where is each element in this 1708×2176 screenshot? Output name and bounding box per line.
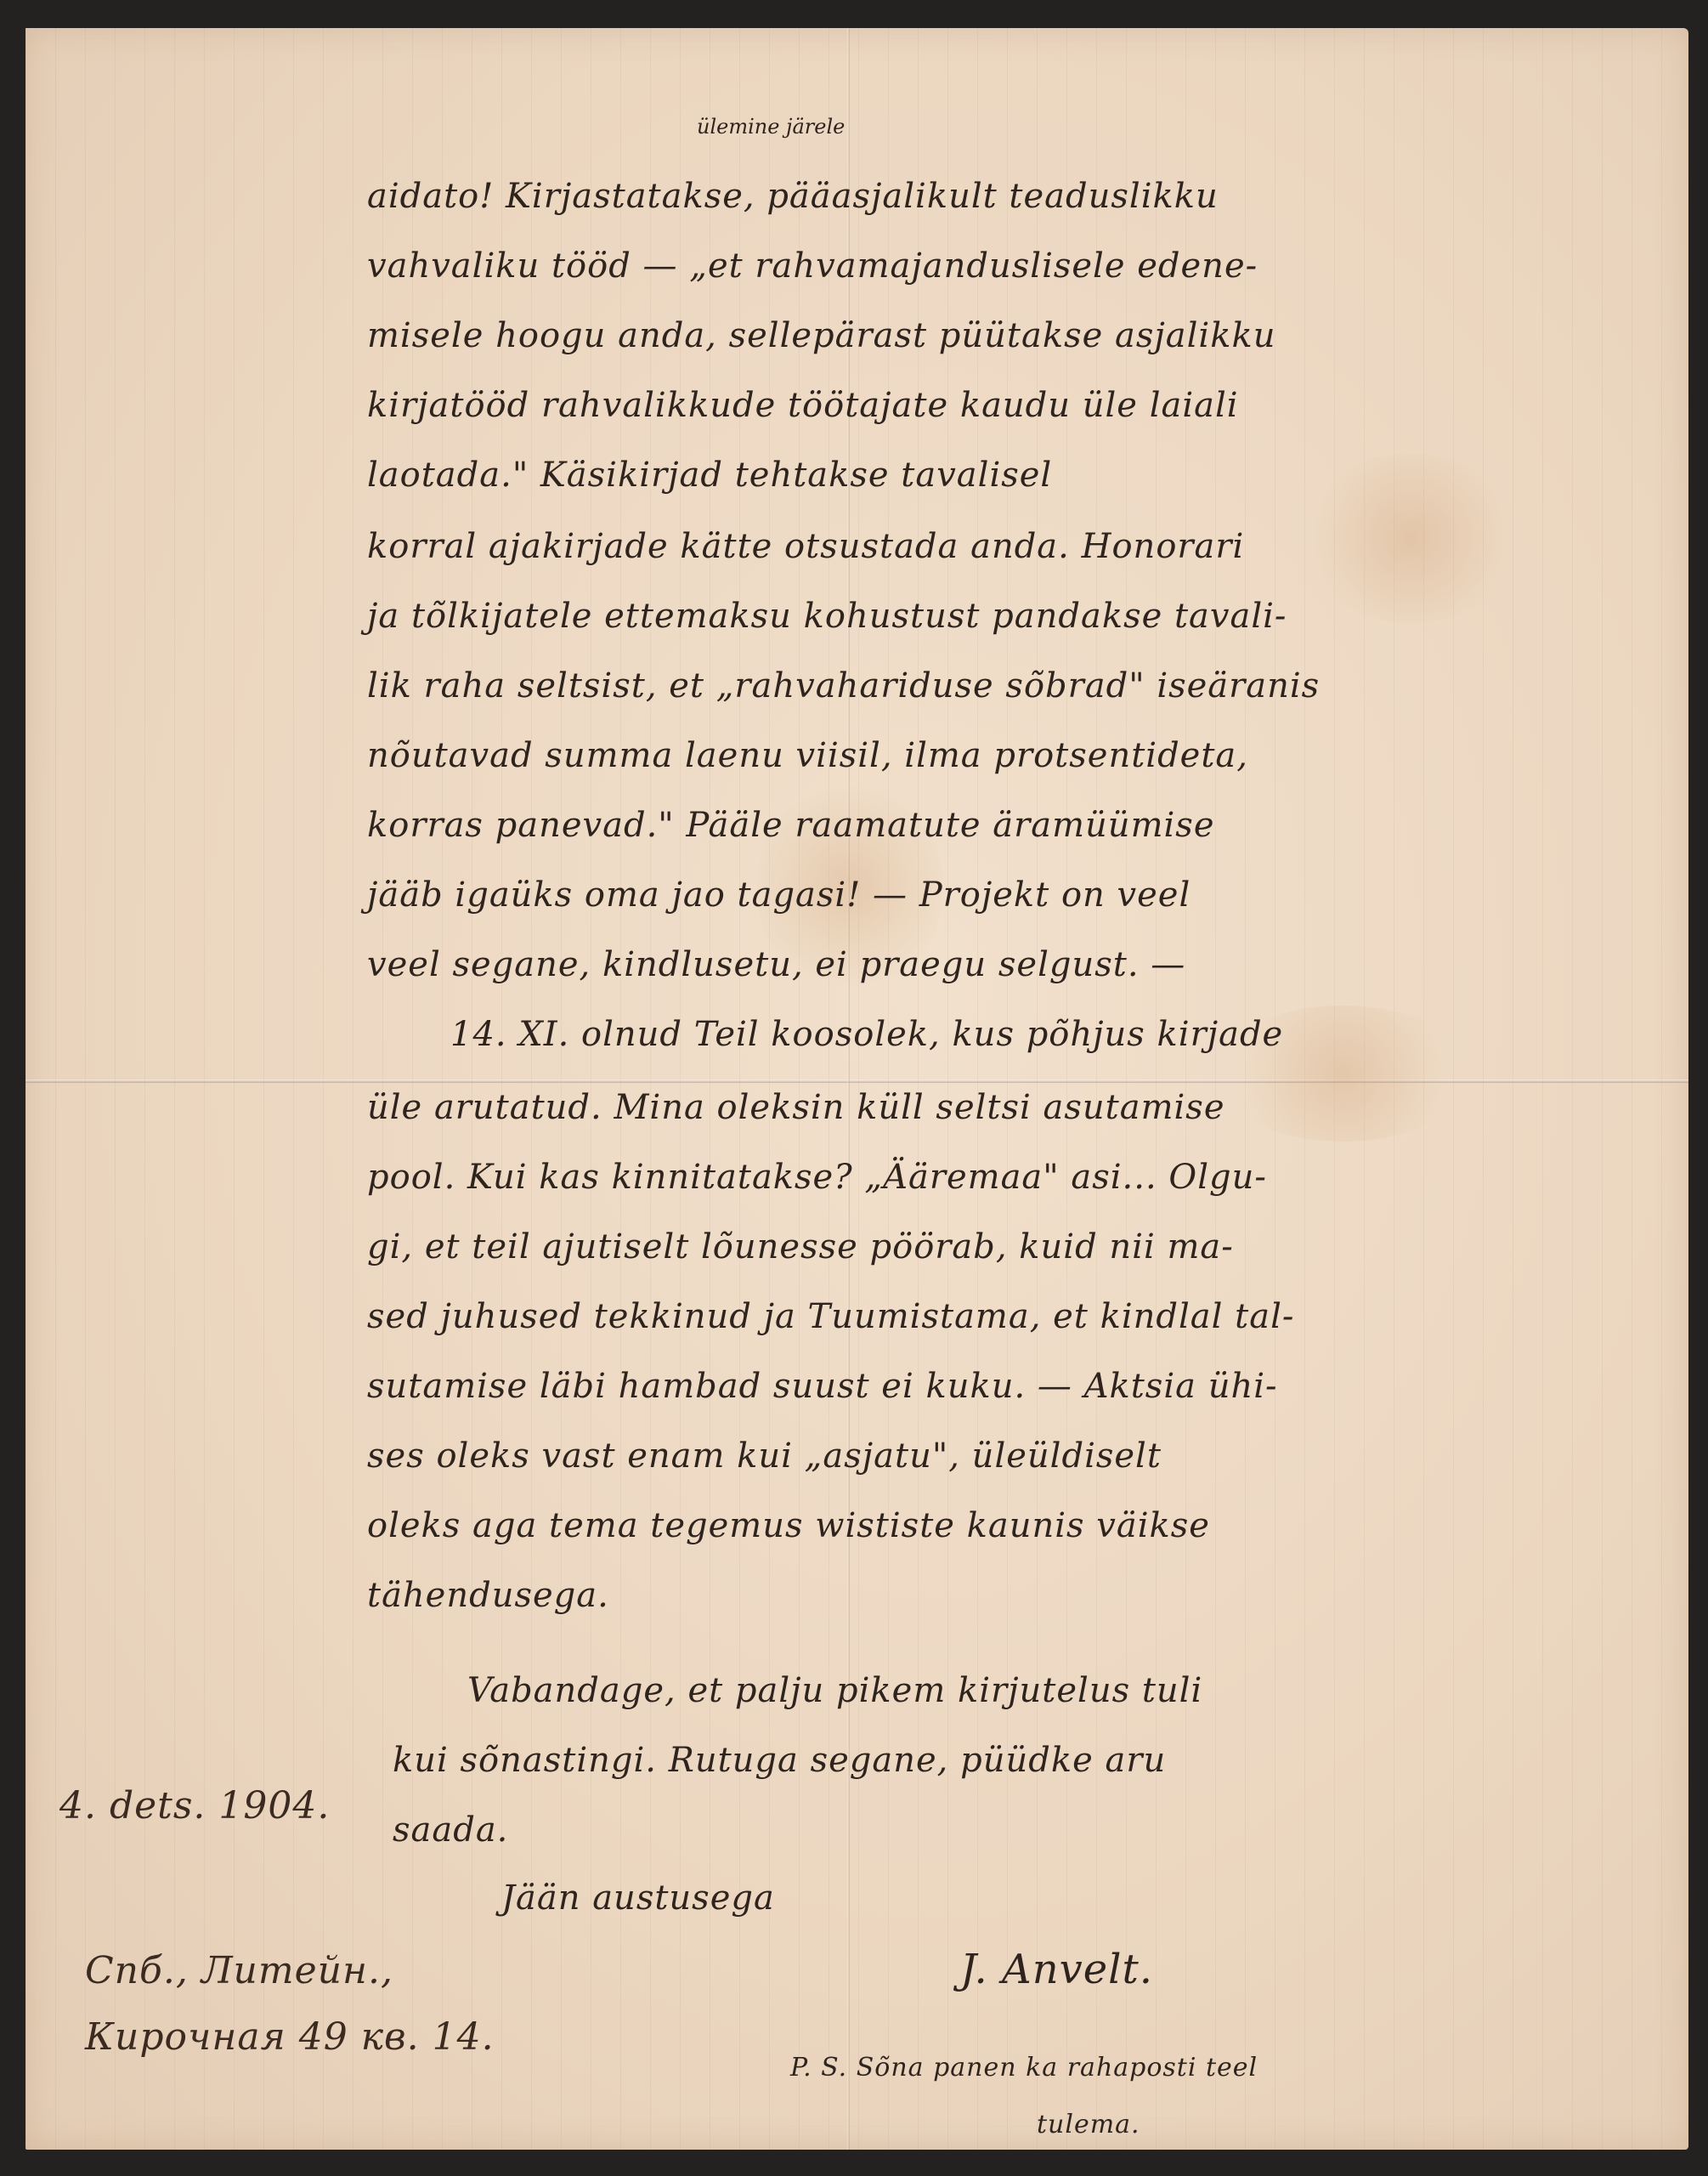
paper-stain <box>1300 453 1521 623</box>
address-line-2: Кирочная 49 кв. 14. <box>85 2019 495 2056</box>
letter-paper: ülemine järele aidato! Kirjastatakse, pä… <box>25 28 1688 2150</box>
body-line-3: misele hoogu anda, sellepärast püütakse … <box>367 319 1275 353</box>
body-line-8: lik raha seltsist, et „rahvahariduse sõb… <box>367 669 1320 703</box>
postscript-line-1: P. S. Sõna panen ka rahaposti teel <box>790 2055 1258 2081</box>
body-line-2: vahvaliku tööd — „et rahvamajanduslisele… <box>367 249 1258 283</box>
body-line-4: kirjatööd rahvalikkude töötajate kaudu ü… <box>367 388 1239 422</box>
body-line-14: üle arutatud. Mina oleksin küll seltsi a… <box>367 1091 1225 1125</box>
body-line-13: 14. XI. olnud Teil koosolek, kus põhjus … <box>450 1017 1283 1051</box>
body-line-21: tähendusega. <box>367 1578 609 1612</box>
body-line-15: pool. Kui kas kinnitatakse? „Ääremaa" as… <box>367 1160 1267 1194</box>
body-line-17: sed juhused tekkinud ja Tuumistama, et k… <box>367 1300 1294 1334</box>
body-line-9: nõutavad summa laenu viisil, ilma protse… <box>367 739 1248 773</box>
body-line-12: veel segane, kindlusetu, ei praegu selgu… <box>367 948 1185 982</box>
body-line-23: kui sõnastingi. Rutuga segane, püüdke ar… <box>393 1743 1166 1777</box>
interlinear-insertion: ülemine järele <box>697 115 845 139</box>
body-line-16: gi, et teil ajutiselt lõunesse pöörab, k… <box>367 1230 1234 1264</box>
closing-phrase: Jään austusega <box>501 1881 775 1915</box>
body-line-1: aidato! Kirjastatakse, pääasjalikult tea… <box>367 179 1219 213</box>
letter-date: 4. dets. 1904. <box>59 1788 330 1825</box>
body-line-7: ja tõlkijatele ettemaksu kohustust panda… <box>367 599 1287 633</box>
body-line-10: korras panevad." Pääle raamatute äramüüm… <box>367 808 1215 842</box>
body-line-20: oleks aga tema tegemus wististe kaunis v… <box>367 1509 1210 1543</box>
body-line-19: ses oleks vast enam kui „asjatu", üleüld… <box>367 1439 1162 1473</box>
body-line-22: Vabandage, et palju pikem kirjutelus tul… <box>467 1674 1202 1708</box>
body-line-6: korral ajakirjade kätte otsustada anda. … <box>367 530 1244 564</box>
body-line-24: saada. <box>393 1813 508 1847</box>
address-line-1: Спб., Литейн., <box>85 1952 393 1990</box>
postscript-line-2: tulema. <box>1037 2112 1140 2138</box>
body-line-5: laotada." Käsikirjad tehtakse tavalisel <box>367 458 1052 492</box>
body-line-18: sutamise läbi hambad suust ei kuku. — Ak… <box>367 1369 1278 1403</box>
signature: J. Anvelt. <box>960 1949 1153 1990</box>
body-line-11: jääb igaüks oma jao tagasi! — Projekt on… <box>367 878 1191 912</box>
